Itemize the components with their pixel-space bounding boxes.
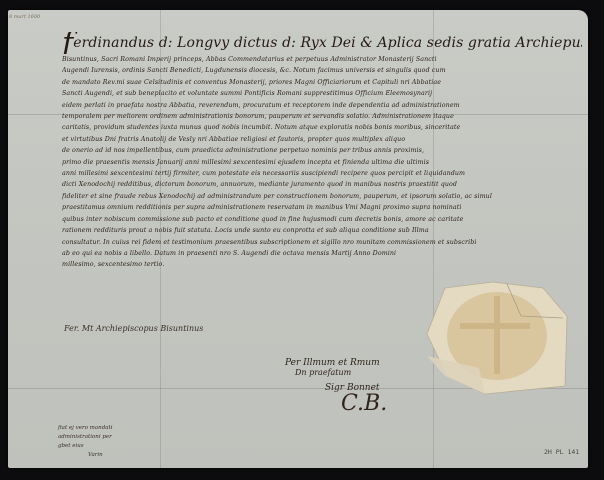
marginal-note-line: gbet eius [58, 442, 112, 451]
signature-flourish: C.B. [341, 391, 387, 416]
charter-line: caritatis, providum studentes iuxta munu… [62, 122, 582, 133]
charter-line: millesimo, sexcentesimo tertio. [62, 259, 582, 270]
charter-line: ab eo qui ea nobis a libello. Datum in p… [62, 248, 582, 259]
signature-line-1: Per Illmum et Rmum [285, 358, 387, 368]
charter-line: et virtutibus Dni fratris Anatolij de Ve… [62, 134, 582, 145]
shelfmark: 2H PL 141 [544, 448, 579, 456]
charter-line: quibus inter nobiscum commissione sub pa… [62, 214, 582, 225]
charter-text: ferdinandus d: Longvy dictus d: Ryx Dei … [62, 32, 582, 271]
marginal-note-line: administrationi per [58, 433, 112, 442]
charter-line: rationem reddituris prout a nobis fuit s… [62, 225, 582, 236]
charter-line: fideliter et sine fraude rebus Xenodochi… [62, 191, 582, 202]
signature-block: Per Illmum et Rmum Dn praefatum Sigr Bon… [285, 358, 387, 416]
archbishop-subscription: Fer. Mt Archiepiscopus Bisuntinus [64, 324, 203, 333]
charter-line-1: ferdinandus d: Longvy dictus d: Ryx Dei … [62, 32, 582, 54]
charter-line: praestitamus omnium redditionis per supr… [62, 202, 582, 213]
initial-capital: f [62, 32, 73, 54]
marginal-note-line: fiat ej vero mandati [58, 424, 112, 433]
charter-line: dicti Xenodochij redditibus, dictorum bo… [62, 179, 582, 190]
charter-line: primo die praesentis mensis Januarij ann… [62, 157, 582, 168]
charter-line: consultatur. In cuius rei fidem et testi… [62, 237, 582, 248]
marginal-note: fiat ej vero mandati administrationi per… [58, 424, 112, 460]
marginal-note-line: Varin [88, 451, 112, 460]
charter-line: temporalem per meliorem ordinem administ… [62, 111, 582, 122]
signature-line-2: Dn praefatum [295, 368, 387, 377]
charter-line: de mandato Rev.mi suae Celsitudinis et c… [62, 77, 582, 88]
wax-seal [425, 276, 570, 396]
charter-line: Augendi Iurensis, ordinis Sancti Benedic… [62, 65, 582, 76]
charter-line: Bisuntinus, Sacri Romani Imperij princep… [62, 54, 582, 65]
charter-line: de onerio ad id nos impellentibus, cum p… [62, 145, 582, 156]
charter-line: eidem perlati in praefata nostra Abbatia… [62, 100, 582, 111]
archive-date-note: 8 mart 1600 [9, 14, 40, 20]
charter-line: anni millesimi sexcentesimi tertij firmi… [62, 168, 582, 179]
charter-line: Sancti Augendi, et sub beneplacito et vo… [62, 88, 582, 99]
